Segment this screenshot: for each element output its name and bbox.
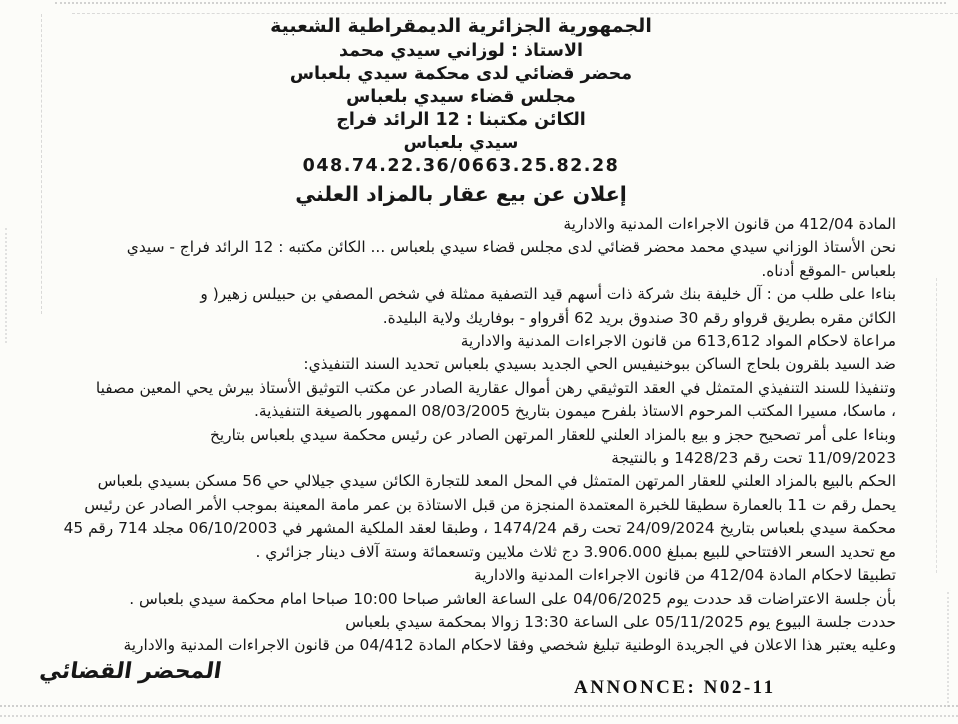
office-address: الكائن مكتبنا : 12 الرائد فراج	[26, 109, 896, 132]
body-line: بلعباس -الموقع أدناه.	[26, 260, 896, 283]
body-line: وتنفيذا للسند التنفيذي المتمثل في العقد …	[26, 377, 896, 400]
annonce-reference: ANNONCE: N02-11	[574, 677, 776, 699]
body-line: وبناءا على أمر تصحيح حجز و بيع بالمزاد ا…	[26, 424, 896, 447]
body-line: نحن الأستاذ الوزاني سيدي محمد محضر قضائي…	[26, 236, 896, 259]
republic-title: الجمهورية الجزائرية الديمقراطية الشعبية	[26, 13, 896, 40]
body-line: الكائن مقره بطريق قرواو رقم 30 صندوق بري…	[26, 307, 896, 330]
body-line: مراعاة لاحكام المواد 613,612 من قانون ال…	[26, 330, 896, 353]
phone-numbers: 048.74.22.36/0663.25.82.28	[26, 154, 896, 178]
officer-name: الاستاذ : لوزاني سيدي محمد	[26, 40, 896, 63]
body-line: بأن جلسة الاعتراضات قد حددت يوم 04/06/20…	[26, 588, 896, 611]
body-line: تطبيقا لاحكام المادة 412/04 من قانون الا…	[26, 564, 896, 587]
body-line: 11/09/2023 تحت رقم 1428/23 و بالنتيجة	[26, 447, 896, 470]
body-line: الحكم بالبيع بالمزاد العلني للعقار المرت…	[26, 470, 896, 493]
judicial-council: مجلس قضاء سيدي بلعباس	[26, 86, 896, 109]
body-line: محكمة سيدي بلعباس بتاريخ 24/09/2024 تحت …	[26, 517, 896, 540]
body-line: حددت جلسة البيوع يوم 05/11/2025 على السا…	[26, 611, 896, 634]
office-city: سيدي بلعباس	[26, 132, 896, 154]
letterhead: الجمهورية الجزائرية الديمقراطية الشعبية …	[26, 13, 896, 208]
notice-title: إعلان عن بيع عقار بالمزاد العلني	[26, 180, 896, 208]
body-line: ضد السيد بلقرون بلحاج الساكن ببوخنيفيس ا…	[26, 353, 896, 376]
officer-title: محضر قضائي لدى محكمة سيدي بلعباس	[26, 63, 896, 86]
body-line: وعليه يعتبر هذا الاعلان في الجريدة الوطن…	[26, 634, 896, 657]
notice-body: المادة 412/04 من قانون الاجراءات المدنية…	[26, 213, 896, 658]
document-page: الجمهورية الجزائرية الديمقراطية الشعبية …	[0, 0, 958, 724]
body-line: ، ماسكا، مسيرا المكتب المرحوم الاستاذ بل…	[26, 400, 896, 423]
body-line: يحمل رقم ت 11 بالعمارة سطيقا للخبرة المع…	[26, 494, 896, 517]
scanned-legal-notice: { "document": { "header": { "republic": …	[0, 0, 958, 724]
body-line: مع تحديد السعر الافتتاحي للبيع بمبلغ 3.9…	[26, 541, 896, 564]
body-line: بناءا على طلب من : آل خليفة بنك شركة ذات…	[26, 283, 896, 306]
body-line: المادة 412/04 من قانون الاجراءات المدنية…	[26, 213, 896, 236]
